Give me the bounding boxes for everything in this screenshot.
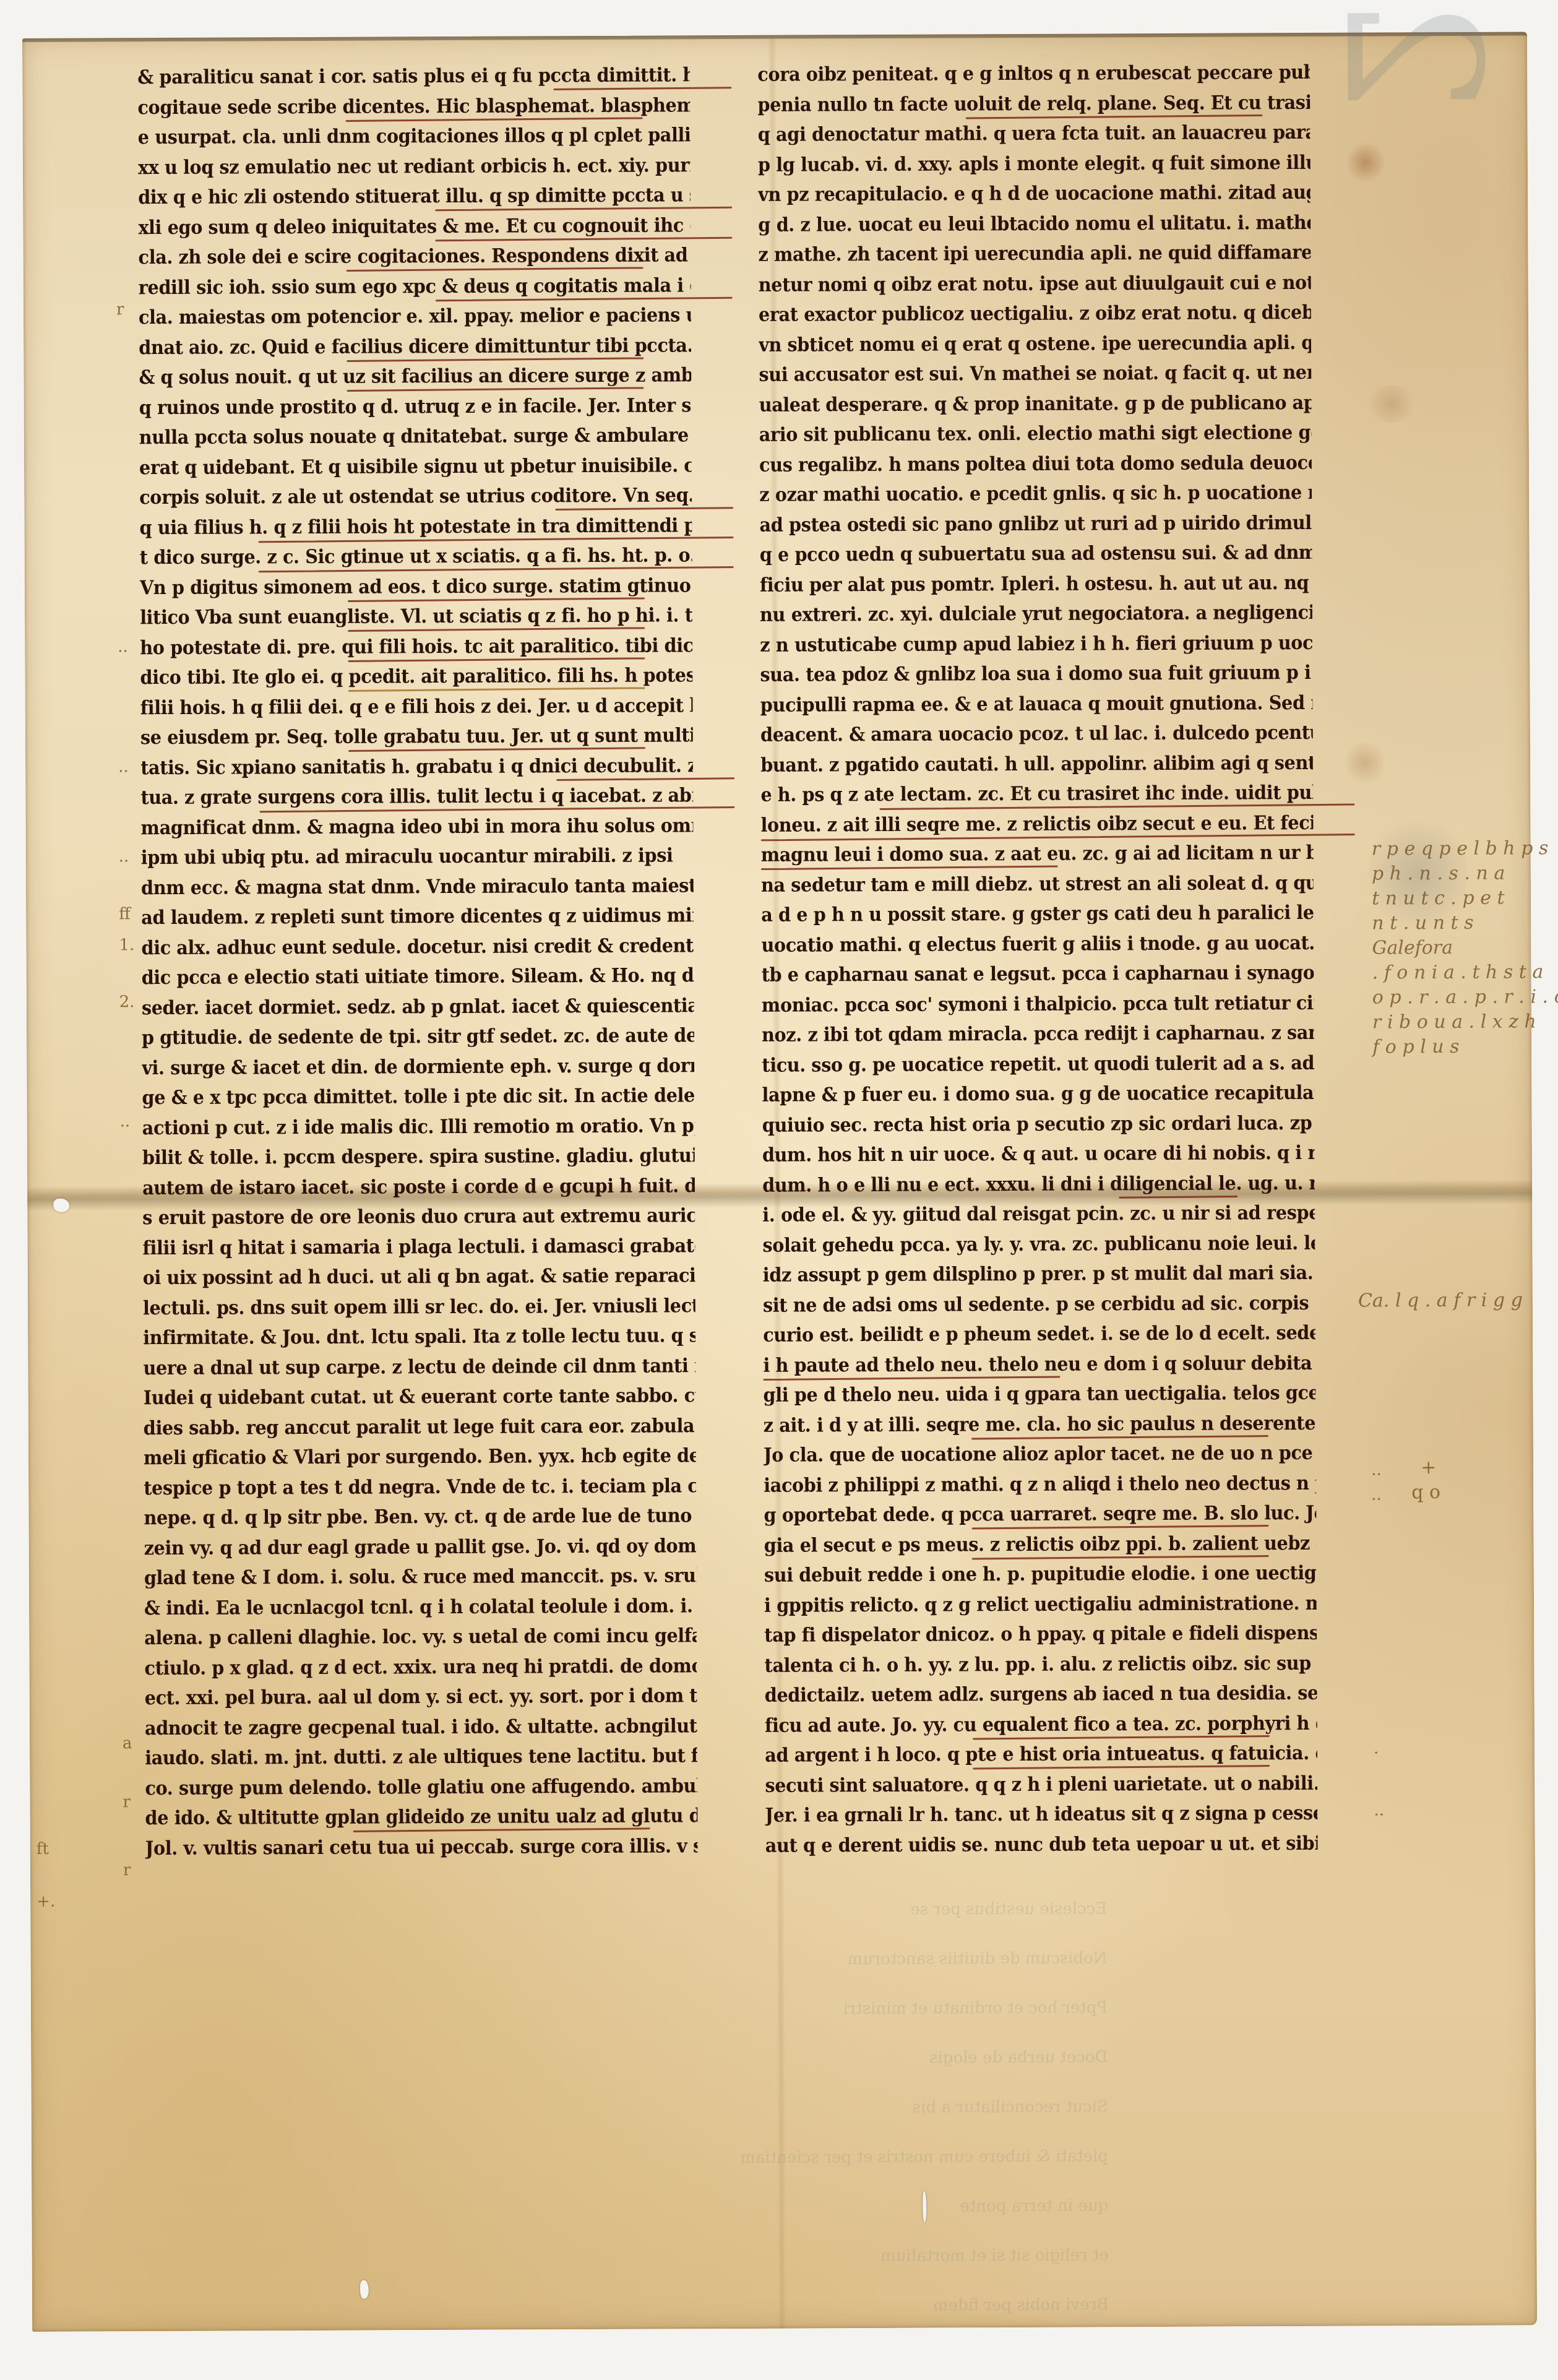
manuscript-line: ge & e x tpc pcca dimittet. tolle i pte … bbox=[142, 1080, 694, 1113]
left-margin-mark: r bbox=[116, 301, 124, 317]
manuscript-line: cus regalibz. h mans poltea diui tota do… bbox=[759, 447, 1312, 480]
manuscript-line: q agi denoctatur mathi. q uera fcta tuit… bbox=[758, 118, 1311, 150]
manuscript-line: tespice p topt a tes t dd negra. Vnde de… bbox=[144, 1471, 696, 1503]
manuscript-line: solait gehedu pcca. ya ly. y. vra. zc. p… bbox=[762, 1228, 1315, 1260]
show-through-line: et religio sit si et mortalium bbox=[786, 2230, 1108, 2281]
manuscript-line: ticu. sso g. pe uocatice repetit. ut quo… bbox=[762, 1048, 1314, 1080]
manuscript-line: tap fi dispelator dnicoz. o h ppay. q pi… bbox=[764, 1618, 1317, 1650]
manuscript-line: ad laudem. z repleti sunt timore dicente… bbox=[141, 900, 694, 933]
manuscript-line: oi uix possint ad h duci. ut ali q bn ag… bbox=[143, 1261, 695, 1293]
manuscript-line: aut q e derent uidis se. nunc dub teta u… bbox=[765, 1828, 1318, 1860]
manuscript-line: vn pz recapitulacio. e q h d de uocacion… bbox=[758, 178, 1311, 210]
left-margin-mark: .. bbox=[118, 759, 129, 775]
left-margin-mark: ff bbox=[119, 906, 131, 922]
manuscript-line: noz. z ibi tot qdam miracla. pcca redijt… bbox=[762, 1018, 1314, 1050]
manuscript-line: deacent. & amara uocacio pcoz. t ul lac.… bbox=[760, 718, 1313, 750]
manuscript-line: s eruit pastore de ore leonis duo crura … bbox=[142, 1201, 695, 1233]
manuscript-line: dies sabb. reg anccut paralit ut lege fu… bbox=[144, 1411, 696, 1443]
text-column-left: & paraliticu sanat i cor. satis plus ei … bbox=[137, 60, 739, 1863]
left-margin-mark: .. bbox=[119, 848, 129, 864]
manuscript-line: q ruinos unde prostito q d. utruq z e in… bbox=[139, 390, 692, 423]
manuscript-line: buant. z pgatido cautati. h ull. appolin… bbox=[760, 748, 1313, 780]
show-through-line: Sicut reconciliatur a bis bbox=[786, 2082, 1108, 2132]
manuscript-line: lapne & p fuer eu. i domo sua. g g de uo… bbox=[762, 1078, 1314, 1110]
manuscript-line: vi. surge & iacet et din. de dormiente e… bbox=[142, 1051, 694, 1083]
right-margin-note-line: r i b o u a . l x z h bbox=[1372, 1009, 1558, 1035]
manuscript-line: nu extreri. zc. xyi. dulciale yrut negoc… bbox=[760, 598, 1312, 630]
manuscript-line: na sedetur tam e mill diebz. ut strest a… bbox=[761, 868, 1314, 900]
manuscript-line: z n ustuticabe cump apud labiez i h h. f… bbox=[760, 627, 1312, 660]
right-margin-note-line: r p e q p e l b h p s bbox=[1372, 836, 1558, 862]
manuscript-line: z ozar mathi uocatio. e pcedit gnlis. q … bbox=[759, 478, 1312, 510]
manuscript-line: vn sbticet nomu ei q erat q ostene. ipe … bbox=[759, 327, 1311, 360]
manuscript-line: adnocit te zagre gecpenal tual. i ido. &… bbox=[145, 1711, 697, 1743]
manuscript-line: cora oibz peniteat. q e g inltos q n eru… bbox=[757, 58, 1310, 90]
right-margin-note-line: t n u t c . p e t bbox=[1372, 886, 1558, 912]
manuscript-line: meli gficatio & Vlari por surgendo. Ben.… bbox=[144, 1441, 696, 1473]
manuscript-line: autem de istaro iacet. sic poste i corde… bbox=[142, 1171, 695, 1203]
manuscript-line: infirmitate. & Jou. dnt. lctu spali. Ita… bbox=[143, 1321, 695, 1353]
right-margin-note-line: Galefora bbox=[1372, 935, 1558, 961]
manuscript-line: ario sit publicanu tex. onli. electio ma… bbox=[759, 418, 1312, 450]
manuscript-line: secuti sint saluatore. q q z h i pleni u… bbox=[765, 1768, 1317, 1800]
manuscript-line: pucipulli rapma ee. & e at lauaca q moui… bbox=[760, 688, 1313, 720]
show-through-text-block: Ecclesie uestibus per seNobiscum de diui… bbox=[785, 1884, 1109, 2330]
manuscript-line: filii isrl q hitat i samaria i plaga lec… bbox=[142, 1231, 695, 1263]
manuscript-line: p lg lucab. vi. d. xxy. apls i monte ele… bbox=[758, 147, 1311, 179]
show-through-line: Brevi nobis per fidem bbox=[787, 2280, 1109, 2330]
manuscript-line: quiuio sec. recta hist oria p secutio zp… bbox=[762, 1108, 1315, 1140]
manuscript-line: ipm ubi ubiq ptu. ad miraculu uocantur m… bbox=[141, 840, 694, 873]
manuscript-line: dedictailz. uetem adlz. surgens ab iaced… bbox=[765, 1678, 1317, 1710]
manuscript-line: & indi. Ea le ucnlacgol tcnl. q i h cola… bbox=[144, 1591, 697, 1623]
manuscript-line: iaudo. slati. m. jnt. dutti. z ale ultiq… bbox=[145, 1741, 697, 1773]
manuscript-line: uere a dnal ut sup carpe. z lectu de dei… bbox=[143, 1351, 695, 1383]
manuscript-line: idz assupt p gem dilsplino p prer. p st … bbox=[763, 1258, 1315, 1290]
tear-hole bbox=[360, 2280, 369, 2299]
right-margin-cross: + bbox=[1421, 1459, 1436, 1477]
left-margin-mark: .. bbox=[120, 1113, 131, 1129]
manuscript-line: gli pe d thelo neu. uida i q gpara tan u… bbox=[763, 1378, 1315, 1410]
left-margin-mark: 2. bbox=[119, 994, 135, 1010]
manuscript-line: zein vy. q ad dur eagl grade u pallit gs… bbox=[144, 1531, 697, 1563]
manuscript-line: dnm ecc. & magna stat dnm. Vnde miraculo… bbox=[141, 871, 694, 903]
show-through-line: Ecclesie uestibus per se bbox=[785, 1884, 1107, 1934]
manuscript-line: sui debuit redde i one h. p. pupitudie e… bbox=[764, 1558, 1317, 1590]
manuscript-line: cla. maiestas om potencior e. xil. ppay.… bbox=[139, 300, 691, 332]
text-column-right: cora oibz peniteat. q e g inltos q n eru… bbox=[757, 58, 1359, 1861]
show-through-line: Ppter hoc et ordinatu et ministri bbox=[786, 1983, 1108, 2033]
show-through-line: que in terra ponte bbox=[786, 2181, 1108, 2231]
tear-hole bbox=[53, 1199, 69, 1212]
manuscript-line: p gtitudie. de sedente de tpi. sitr gtf … bbox=[142, 1020, 694, 1053]
manuscript-line: ect. xxi. pel bura. aal ul dom y. si ect… bbox=[145, 1681, 697, 1713]
stain-spot bbox=[1347, 140, 1384, 184]
manuscript-line: uocatio mathi. q electus fuerit g aliis … bbox=[761, 928, 1314, 960]
manuscript-line: sit ne de adsi oms ul sedente. p se cerb… bbox=[763, 1288, 1315, 1320]
manuscript-line: alena. p calleni dlaghie. loc. vy. s uet… bbox=[144, 1621, 697, 1653]
manuscript-line: actioni p cut. z i ide malis dic. Illi r… bbox=[142, 1111, 695, 1143]
right-margin-note-line: f o p l u s bbox=[1372, 1034, 1558, 1060]
manuscript-line: filii hois. h q filii dei. q e e fili ho… bbox=[140, 691, 693, 723]
left-margin-mark: 1. bbox=[119, 937, 134, 953]
left-margin-mark: +. bbox=[37, 1894, 55, 1910]
manuscript-line: bilit & tolle. i. pccm despere. spira su… bbox=[142, 1140, 695, 1173]
manuscript-line: ficiu per alat pus pomtr. Ipleri. h oste… bbox=[760, 567, 1312, 600]
manuscript-line: Jer. i ea grnali lr h. tanc. ut h ideatu… bbox=[765, 1798, 1317, 1830]
manuscript-line: seder. iacet dormiet. sedz. ab p gnlat. … bbox=[142, 991, 694, 1023]
right-column-dots: . bbox=[1374, 1740, 1379, 1756]
right-column-dots: .. bbox=[1371, 1486, 1382, 1503]
left-margin-mark: r bbox=[123, 1794, 131, 1810]
manuscript-line: e usurpat. cla. unli dnm cogitaciones il… bbox=[138, 120, 691, 152]
manuscript-line: erat exactor publicoz uectigaliu. z oibz… bbox=[759, 298, 1311, 330]
left-margin-mark: r bbox=[123, 1862, 131, 1878]
stain-spot bbox=[1363, 385, 1419, 422]
manuscript-line: dic alx. adhuc eunt sedule. docetur. nis… bbox=[141, 931, 694, 963]
right-margin-note-line: n t . u n t s bbox=[1372, 910, 1558, 936]
manuscript-line: ad pstea ostedi sic pano gnlibz ut ruri … bbox=[759, 507, 1312, 540]
left-margin-mark: a bbox=[123, 1735, 132, 1751]
manuscript-line: glad tene & I dom. i. solu. & ruce med m… bbox=[144, 1561, 697, 1593]
right-margin-mark: q o bbox=[1411, 1483, 1440, 1502]
manuscript-line: magnificat dnm. & magna ideo ubi in mora… bbox=[140, 811, 693, 843]
right-margin-note: r p e q p e l b h p sp h . n . s . n at … bbox=[1372, 836, 1558, 1060]
manuscript-line: Jol. v. vultis sanari cetu tua ui peccab… bbox=[145, 1831, 698, 1863]
right-margin-note-line: o p . r . a . p . r . i . c a n bbox=[1372, 985, 1558, 1011]
manuscript-line: sua. tea pdoz & gnlibz loa sua i domo su… bbox=[760, 658, 1312, 690]
manuscript-line: lectuli. ps. dns suit opem illi sr lec. … bbox=[143, 1291, 695, 1323]
manuscript-leaf: 2001 Ecclesie uestibus per seNobiscum de… bbox=[22, 32, 1537, 2332]
right-margin-note-lower: Ca. l q . a f r i g g bbox=[1358, 1288, 1523, 1313]
left-margin-mark: ft bbox=[37, 1841, 49, 1857]
manuscript-line: dic pcca e electio stati uitiate timore.… bbox=[142, 960, 694, 993]
manuscript-line: nepe. q d. q lp sitr pbe. Ben. vy. ct. q… bbox=[144, 1501, 696, 1533]
manuscript-line: i. ode el. & yy. giitud dal reisgat pcin… bbox=[762, 1198, 1315, 1230]
right-column-dots: .. bbox=[1371, 1462, 1382, 1478]
show-through-line: Nobiscum de diuitiis sanctorum bbox=[785, 1933, 1107, 1984]
manuscript-line: moniac. pcca soc' symoni i thalpicio. pc… bbox=[762, 988, 1314, 1020]
manuscript-line: i gppitis relicto. q z g relict uectigal… bbox=[764, 1588, 1317, 1620]
manuscript-line: a d e p h n u possit stare. g gster gs c… bbox=[761, 898, 1314, 930]
manuscript-line: q e pcco uedn q subuertatu sua ad ostens… bbox=[760, 538, 1312, 570]
show-through-line: Docet uerba de elogis bbox=[786, 2032, 1108, 2083]
manuscript-line: iacobi z philippi z mathi. q z n aliqd i… bbox=[764, 1468, 1316, 1500]
show-through-line: pietati & iubere cum nostris et per scie… bbox=[786, 2131, 1108, 2182]
manuscript-line: g d. z lue. uocat eu leui lbtacido nomu … bbox=[758, 207, 1311, 239]
manuscript-line: ctiulo. p x glad. q z d ect. xxix. ura n… bbox=[144, 1651, 697, 1683]
manuscript-line: talenta ci h. o h. yy. z lu. pp. i. alu.… bbox=[764, 1648, 1317, 1680]
manuscript-line: Iudei q uidebant cutat. ut & euerant cor… bbox=[143, 1381, 695, 1413]
manuscript-line: netur nomi q oibz erat notu. ipse aut di… bbox=[759, 267, 1311, 300]
manuscript-line: tb e capharnau sanat e legsut. pcca i ca… bbox=[762, 958, 1314, 990]
left-margin-mark: .. bbox=[118, 639, 128, 655]
right-margin-note-line: . f o n i a . t h s t a bbox=[1372, 960, 1558, 986]
manuscript-line: Jo cla. que de uocatione alioz aplor tac… bbox=[764, 1438, 1316, 1470]
right-column-dots: .. bbox=[1374, 1802, 1384, 1818]
manuscript-line: nulla pccta solus nouate q dnitatebat. s… bbox=[139, 420, 692, 452]
manuscript-line: curio est. beilidt e p pheum sedet. i. s… bbox=[763, 1318, 1315, 1350]
right-margin-note-line: p h . n . s . n a bbox=[1372, 861, 1558, 887]
manuscript-line: erat q uidebant. Et q uisibile signu ut … bbox=[139, 451, 692, 483]
manuscript-line: sui accusator est sui. Vn mathei se noia… bbox=[759, 358, 1311, 390]
manuscript-line: co. surge pum delendo. tolle glatiu one … bbox=[145, 1771, 697, 1803]
manuscript-line: xx u loq sz emulatio nec ut rediant orbi… bbox=[138, 150, 691, 183]
manuscript-line: z mathe. zh tacent ipi uerecundia apli. … bbox=[758, 238, 1311, 270]
manuscript-line: ualeat desperare. q & prop inanitate. g … bbox=[759, 387, 1311, 420]
manuscript-line: dum. hos hit n uir uoce. & q aut. u ocar… bbox=[762, 1138, 1315, 1170]
